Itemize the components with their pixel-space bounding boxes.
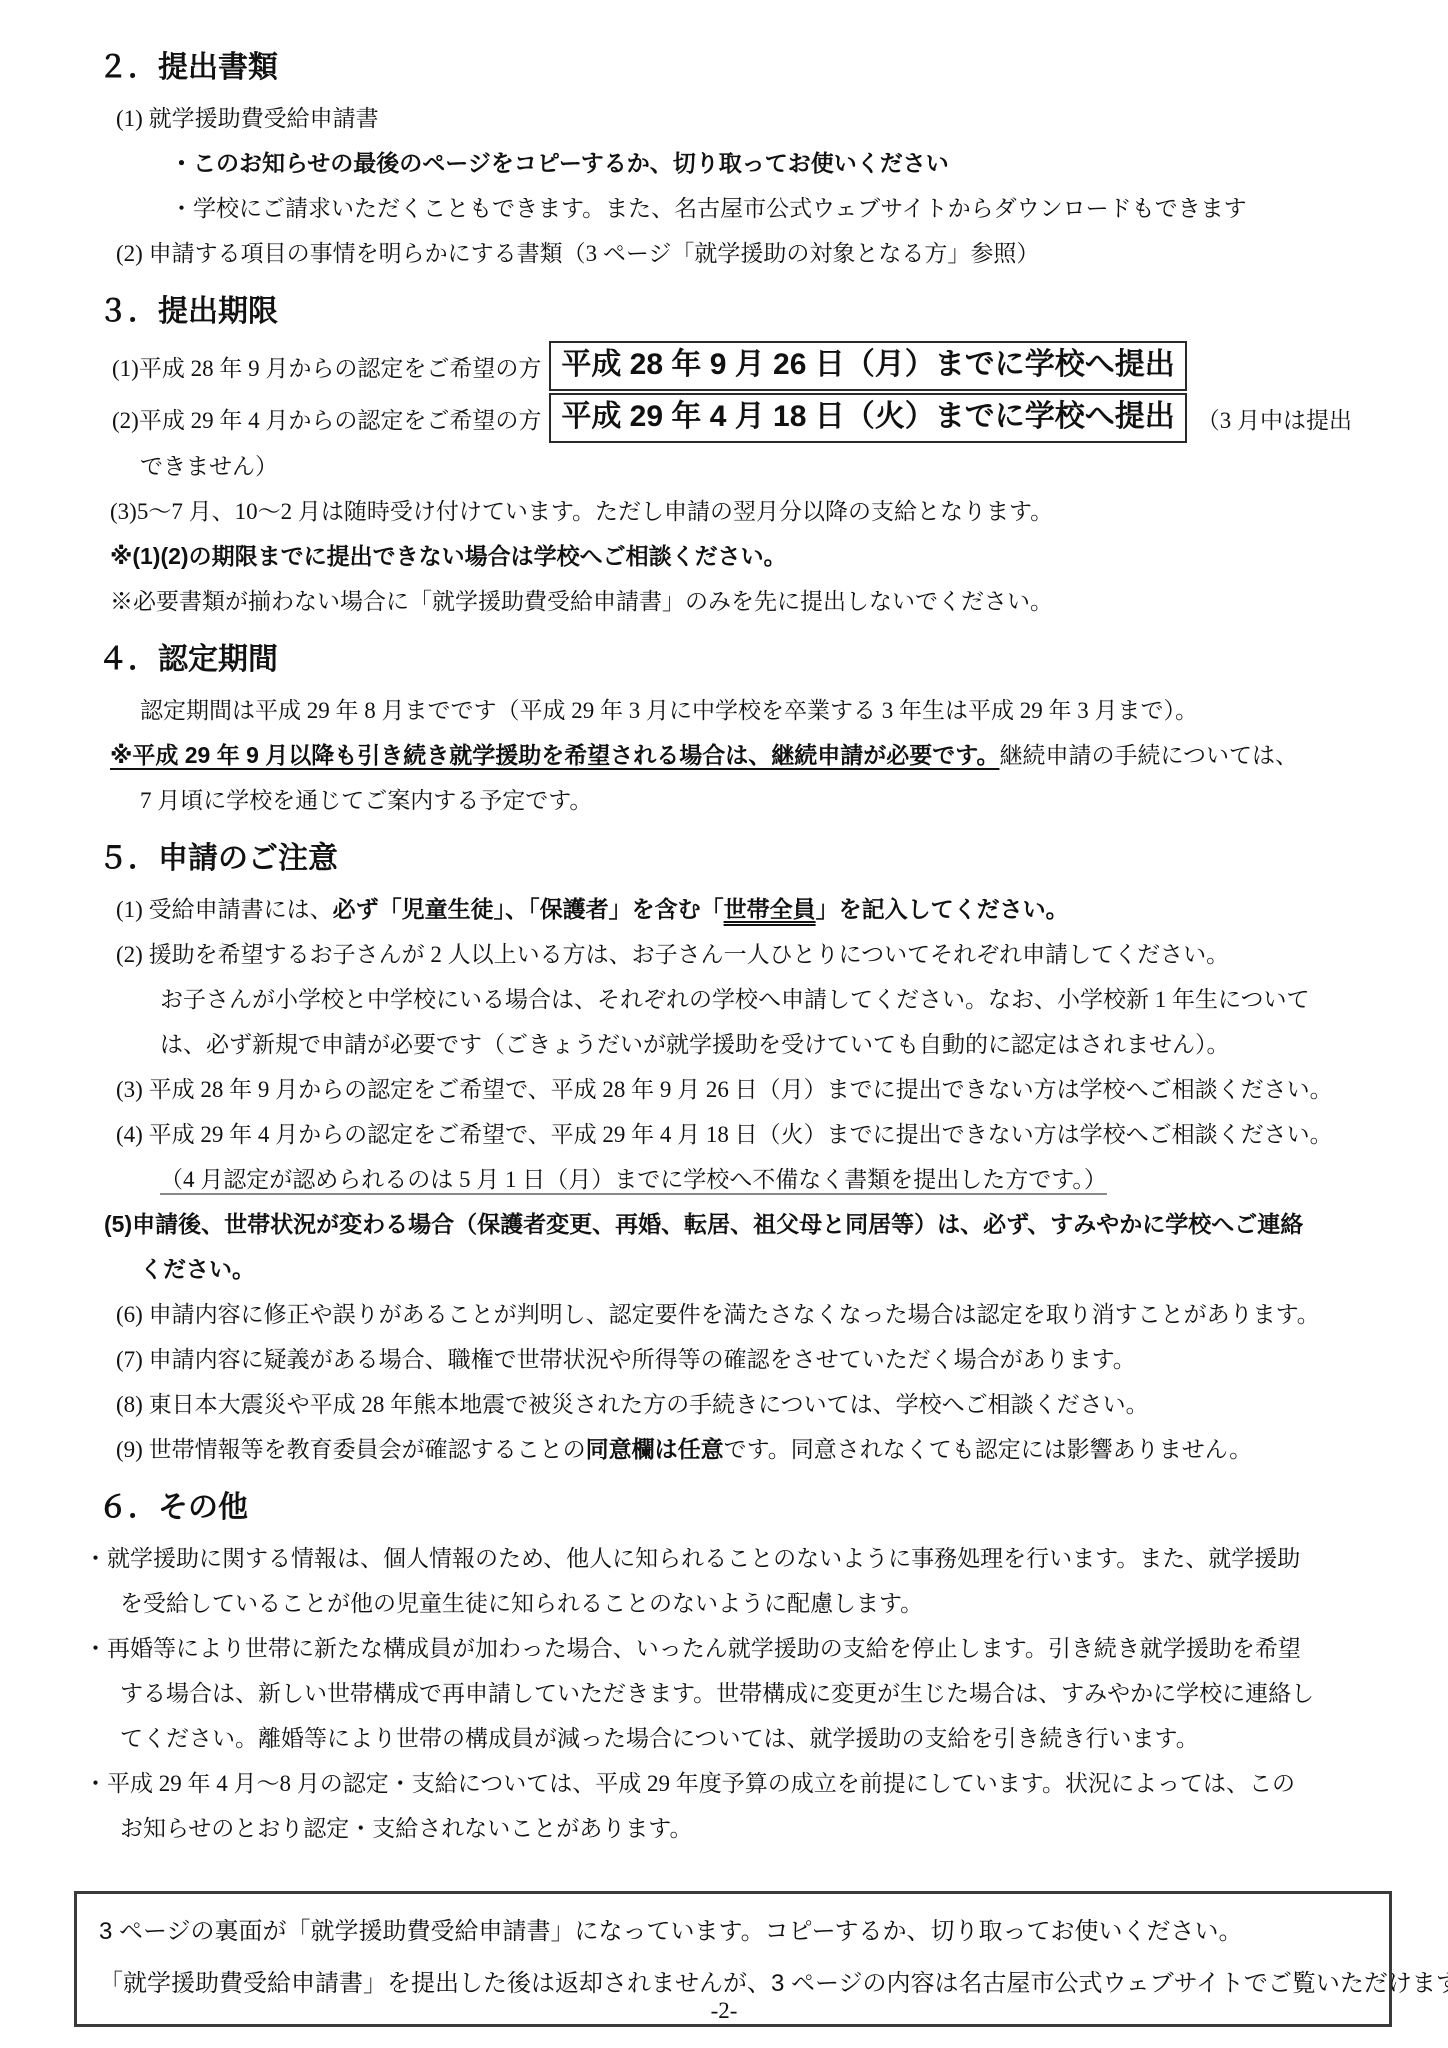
s3-row2-deadline-box: 平成 29 年 4 月 18 日（火）までに学校へ提出 xyxy=(549,393,1186,443)
s3-row2-label: (2)平成 29 年 4 月からの認定をご希望の方 xyxy=(112,402,541,435)
s5-item-8: (8) 東日本大震災や平成 28 年熊本地震で被災された方の手続きについては、学… xyxy=(116,1382,1390,1427)
s4-note: ※平成 29 年 9 月以降も引き続き就学援助を希望される場合は、継続申請が必要… xyxy=(110,733,1390,778)
s6-bullet-1-cont: を受給していることが他の児童生徒に知られることのないように配慮します。 xyxy=(120,1581,1390,1626)
s6-bullet-2-cont1: する場合は、新しい世帯構成で再申請していただきます。世帯構成に変更が生じた場合は… xyxy=(120,1671,1390,1716)
s3-row2-suffix: （3 月中は提出 xyxy=(1197,402,1352,435)
s5-i9-consent-optional: 同意欄は任意 xyxy=(586,1436,724,1462)
s3-row2-suffix-cont: できません） xyxy=(140,444,1390,489)
s3-deadline-row-1: (1)平成 28 年 9 月からの認定をご希望の方 平成 28 年 9 月 26… xyxy=(112,340,1390,392)
s5-item-9: (9) 世帯情報等を教育委員会が確認することの同意欄は任意です。同意されなくても… xyxy=(116,1427,1390,1472)
s5-item-5: (5)申請後、世帯状況が変わる場合（保護者変更、再婚、転居、祖父母と同居等）は、… xyxy=(104,1202,1390,1247)
s3-deadline-row-2: (2)平成 29 年 4 月からの認定をご希望の方 平成 29 年 4 月 18… xyxy=(112,392,1390,444)
s5-i9-post: です。同意されなくても認定には影響ありません。 xyxy=(724,1437,1253,1462)
s5-i2-line1: 援助を希望するお子さんが 2 人以上いる方は、お子さん一人ひとりについてそれぞれ… xyxy=(149,942,1230,967)
s5-item-2-cont2: は、必ず新規で申請が必要です（ごきょうだいが就学援助を受けていても自動的に認定は… xyxy=(160,1022,1390,1067)
section-4-heading: ４．認定期間 xyxy=(98,642,1390,678)
s5-i2-label: (2) xyxy=(116,942,149,967)
section-6-heading: ６．その他 xyxy=(98,1490,1390,1526)
document-page: ２．提出書類 (1) 就学援助費受給申請書 ・このお知らせの最後のページをコピー… xyxy=(0,0,1448,2048)
s6-bullet-2: ・再婚等により世帯に新たな構成員が加わった場合、いったん就学援助の支給を停止しま… xyxy=(84,1626,1390,1671)
s5-item-1: (1) 受給申請書には、必ず「児童生徒」、「保護者」を含む「世帯全員」を記入して… xyxy=(116,887,1390,932)
s5-i9-pre: (9) 世帯情報等を教育委員会が確認することの xyxy=(116,1437,586,1462)
s5-i1-pre: 受給申請書には、 xyxy=(149,897,333,922)
s3-note-deadline: ※(1)(2)の期限までに提出できない場合は学校へご相談ください。 xyxy=(110,534,1390,579)
s2-bullet-request-school: ・学校にご請求いただくこともできます。また、名古屋市公式ウェブサイトからダウンロ… xyxy=(170,186,1390,231)
s5-item-4-note: （4 月認定が認められるのは 5 月 1 日（月）までに学校へ不備なく書類を提出… xyxy=(160,1157,1390,1202)
notice-line-1: 3 ページの裏面が「就学援助費受給申請書」になっています。コピーするか、切り取っ… xyxy=(99,1906,1367,1958)
s5-item-4: (4) 平成 29 年 4 月からの認定をご希望で、平成 29 年 4 月 18… xyxy=(116,1112,1390,1157)
s6-bullet-2-cont2: てください。離婚等により世帯の構成員が減った場合については、就学援助の支給を引き… xyxy=(120,1716,1390,1761)
s3-item-3: (3)5～7 月、10～2 月は随時受け付けています。ただし申請の翌月分以降の支… xyxy=(110,489,1390,534)
s3-row1-label: (1)平成 28 年 9 月からの認定をご希望の方 xyxy=(112,350,541,383)
s5-i1-bold-a: 必ず「児童生徒」、「保護者」を含む「 xyxy=(333,896,724,922)
s2-bullet-copy-page: ・このお知らせの最後のページをコピーするか、切り取ってお使いください xyxy=(170,141,1390,186)
s5-i4-note-underlined: （4 月認定が認められるのは 5 月 1 日（月）までに学校へ不備なく書類を提出… xyxy=(160,1167,1107,1192)
s6-bullet-1: ・就学援助に関する情報は、個人情報のため、他人に知られることのないように事務処理… xyxy=(84,1536,1390,1581)
s4-note-line2: 7 月頃に学校を通じてご案内する予定です。 xyxy=(140,778,1390,823)
s2-item-1: (1) 就学援助費受給申請書 xyxy=(116,96,1390,141)
s3-note-documents: ※必要書類が揃わない場合に「就学援助費受給申請書」のみを先に提出しないでください… xyxy=(110,579,1390,624)
section-3-heading: ３．提出期限 xyxy=(98,294,1390,330)
s5-item-6: (6) 申請内容に修正や誤りがあることが判明し、認定要件を満たさなくなった場合は… xyxy=(116,1292,1390,1337)
s5-item-2-cont1: お子さんが小学校と中学校にいる場合は、それぞれの学校へ申請してください。なお、小… xyxy=(160,977,1390,1022)
page-number: -2- xyxy=(0,1998,1448,2024)
s6-bullet-3: ・平成 29 年 4 月～8 月の認定・支給については、平成 29 年度予算の成… xyxy=(84,1761,1390,1806)
s2-item-2: (2) 申請する項目の事情を明らかにする書類（3 ページ「就学援助の対象となる方… xyxy=(116,231,1390,276)
s4-note-rest: 継続申請の手続については、 xyxy=(999,743,1298,768)
s5-i1-bold-b: 」を記入してください。 xyxy=(816,896,1069,922)
s5-item-3: (3) 平成 28 年 9 月からの認定をご希望で、平成 28 年 9 月 26… xyxy=(116,1067,1390,1112)
section-5-heading: ５．申請のご注意 xyxy=(98,841,1390,877)
s4-body: 認定期間は平成 29 年 8 月までです（平成 29 年 3 月に中学校を卒業す… xyxy=(140,688,1390,733)
s6-bullet-3-cont: お知らせのとおり認定・支給されないことがあります。 xyxy=(120,1806,1390,1851)
s4-note-bold: ※平成 29 年 9 月以降も引き続き就学援助を希望される場合は、継続申請が必要… xyxy=(110,742,999,768)
s5-i1-label: (1) xyxy=(116,897,149,922)
section-2-heading: ２．提出書類 xyxy=(98,50,1390,86)
s5-item-2: (2) 援助を希望するお子さんが 2 人以上いる方は、お子さん一人ひとりについて… xyxy=(116,932,1390,977)
s5-item-5-cont: ください。 xyxy=(140,1247,1390,1292)
s3-row1-deadline-box: 平成 28 年 9 月 26 日（月）までに学校へ提出 xyxy=(549,341,1186,391)
s5-i1-household-all: 世帯全員 xyxy=(724,896,816,922)
s5-item-7: (7) 申請内容に疑義がある場合、職権で世帯状況や所得等の確認をさせていただく場… xyxy=(116,1337,1390,1382)
